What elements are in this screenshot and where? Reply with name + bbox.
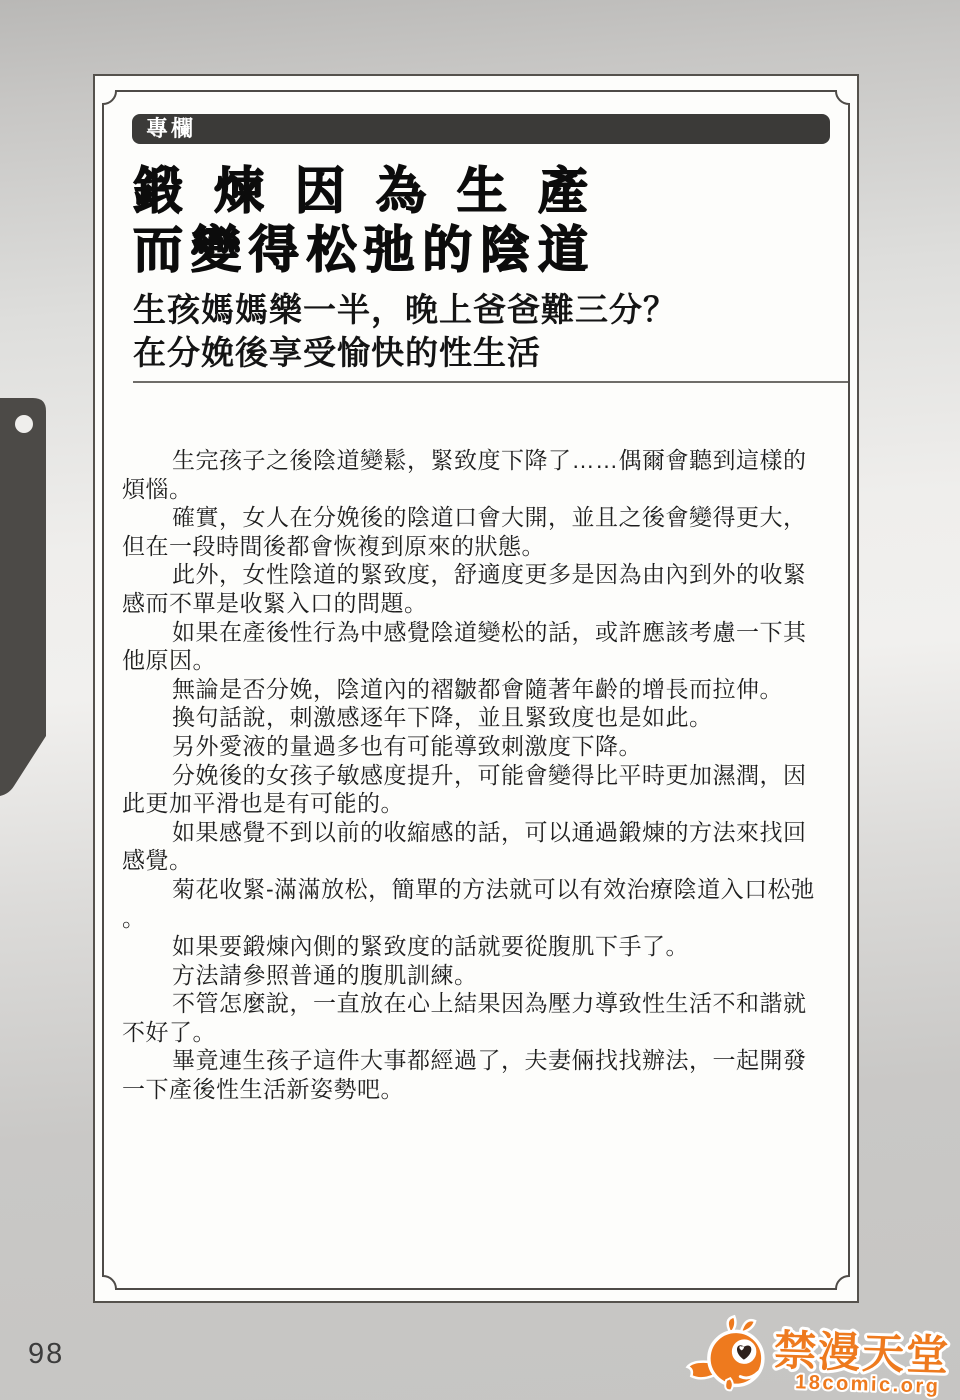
orange-whale-mascot-icon bbox=[687, 1315, 764, 1391]
body-text-line: 他原因。 bbox=[122, 646, 850, 675]
body-text-line: 感而不單是收緊入口的問題。 bbox=[122, 589, 850, 618]
body-text-line: 確實，女人在分娩後的陰道口會大開，並且之後會變得更大， bbox=[122, 503, 850, 532]
body-text-line: 無論是否分娩，陰道內的褶皺都會隨著年齡的增長而拉伸。 bbox=[122, 675, 850, 704]
tab-hole bbox=[15, 415, 33, 433]
body-text-line: 煩惱。 bbox=[122, 475, 850, 504]
body-text-line: 不管怎麼說，一直放在心上結果因為壓力導致性生活不和諧就 bbox=[122, 989, 850, 1018]
body-text-line: 畢竟連生孩子這件大事都經過了，夫妻倆找找辦法，一起開發 bbox=[122, 1046, 850, 1075]
body-text-line: 另外愛液的量過多也有可能導致刺激度下降。 bbox=[122, 732, 850, 761]
subtitle-divider bbox=[133, 381, 848, 383]
body-text-line: 。 bbox=[122, 904, 850, 933]
body-text-line: 此外，女性陰道的緊致度，舒適度更多是因為由內到外的收緊 bbox=[122, 560, 850, 589]
subtitle-line-2: 在分娩後享受愉快的性生活 bbox=[133, 331, 833, 374]
scanned-book-page: { "article": { "column_label": "專欄", "ti… bbox=[0, 0, 960, 1400]
article-title: 鍛煉因為生產 而變得松弛的陰道 bbox=[133, 162, 588, 280]
side-index-tab bbox=[0, 396, 50, 802]
body-text-line: 不好了。 bbox=[122, 1018, 850, 1047]
body-text-line: 此更加平滑也是有可能的。 bbox=[122, 789, 850, 818]
body-text-line: 生完孩子之後陰道變鬆，緊致度下降了……偶爾會聽到這樣的 bbox=[122, 446, 850, 475]
body-text-line: 如果在產後性行為中感覺陰道變松的話，或許應該考慮一下其 bbox=[122, 618, 850, 647]
body-text-line: 如果感覺不到以前的收縮感的話，可以通過鍛煉的方法來找回 bbox=[122, 818, 850, 847]
subtitle-line-1: 生孩媽媽樂一半，晚上爸爸難三分？ bbox=[133, 288, 833, 331]
body-text-line: 菊花收緊-滿滿放松，簡單的方法就可以有效治療陰道入口松弛 bbox=[122, 875, 850, 904]
column-header-bar: 專欄 bbox=[132, 114, 830, 144]
article-body: 生完孩子之後陰道變鬆，緊致度下降了……偶爾會聽到這樣的煩惱。確實，女人在分娩後的… bbox=[122, 446, 850, 1104]
article-subtitle: 生孩媽媽樂一半，晚上爸爸難三分？ 在分娩後享受愉快的性生活 bbox=[133, 288, 833, 374]
body-text-line: 如果要鍛煉內側的緊致度的話就要從腹肌下手了。 bbox=[122, 932, 850, 961]
page-number: 98 bbox=[28, 1338, 64, 1371]
body-text-line: 但在一段時間後都會恢複到原來的狀態。 bbox=[122, 532, 850, 561]
title-line-1: 鍛煉因為生產 bbox=[133, 162, 588, 221]
body-text-line: 分娩後的女孩子敏感度提升，可能會變得比平時更加濕潤，因 bbox=[122, 761, 850, 790]
body-text-line: 感覺。 bbox=[122, 846, 850, 875]
site-watermark: 禁漫天堂 18comic.org bbox=[678, 1310, 958, 1400]
title-line-2: 而變得松弛的陰道 bbox=[133, 221, 588, 280]
book-page: 專欄 鍛煉因為生產 而變得松弛的陰道 生孩媽媽樂一半，晚上爸爸難三分？ 在分娩後… bbox=[93, 74, 859, 1303]
column-label: 專欄 bbox=[132, 114, 830, 144]
body-text-line: 一下產後性生活新姿勢吧。 bbox=[122, 1075, 850, 1104]
body-text-line: 方法請參照普通的腹肌訓練。 bbox=[122, 961, 850, 990]
body-text-line: 換句話說，刺激感逐年下降，並且緊致度也是如此。 bbox=[122, 703, 850, 732]
site-url: 18comic.org bbox=[795, 1371, 941, 1398]
